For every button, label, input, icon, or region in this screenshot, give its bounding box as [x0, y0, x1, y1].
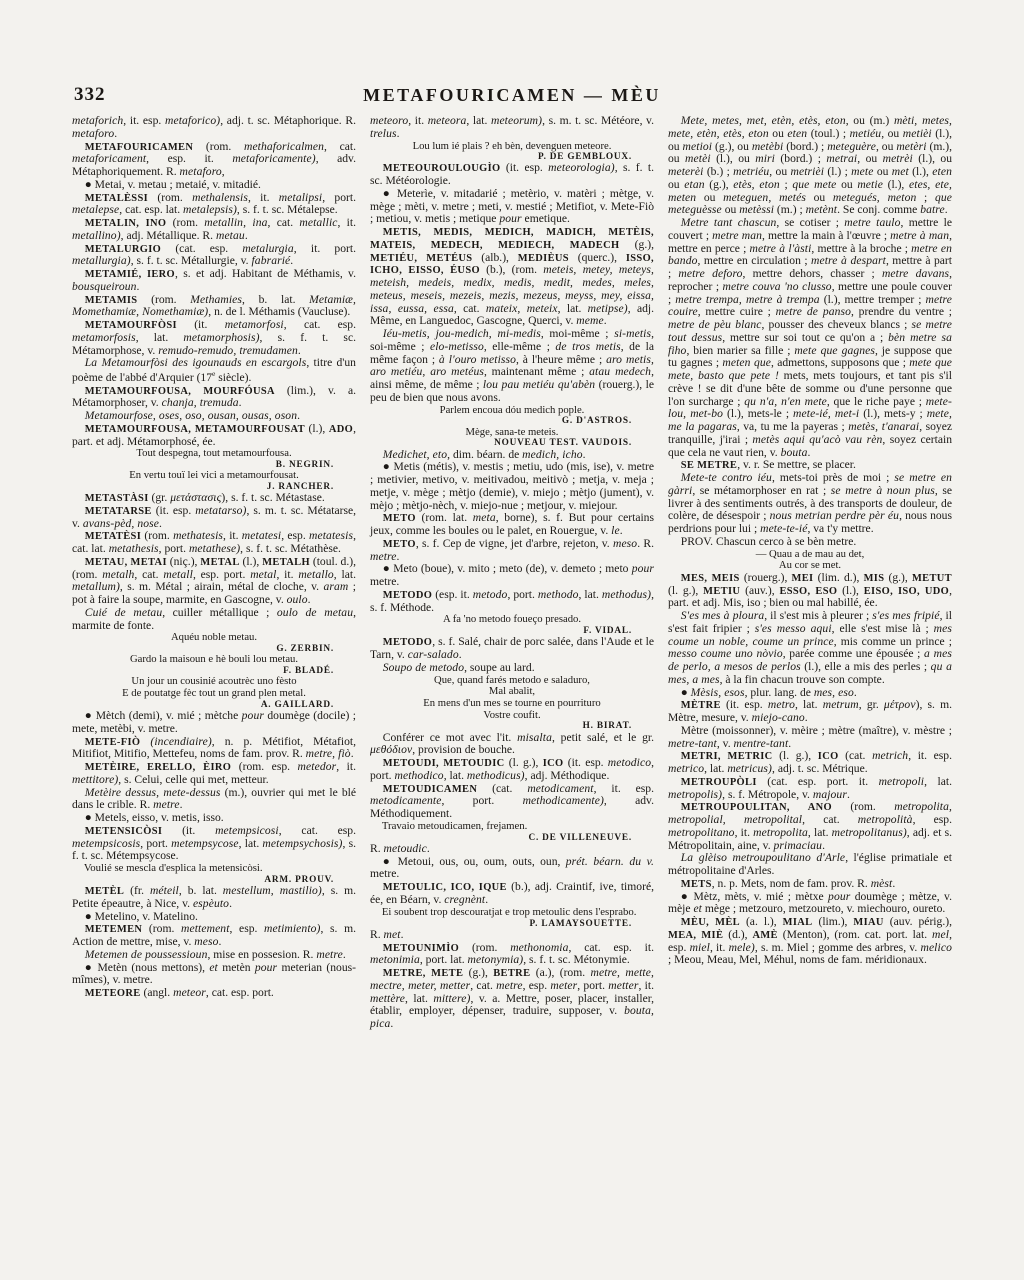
- dictionary-entry: Metèire dessus, mete-dessus (m.), ouvrie…: [72, 787, 356, 813]
- dictionary-entry: ● Meterìe, v. mitadarié ; metèrio, v. ma…: [370, 188, 654, 226]
- dictionary-entry: METALIN, INO (rom. metallin, ina, cat. m…: [72, 217, 356, 243]
- dictionary-entry: METODO, s. f. Salé, chair de porc salée,…: [370, 636, 654, 662]
- dictionary-entry: METENSICÒSI (it. metempsicosi, cat. esp.…: [72, 825, 356, 863]
- verse-quote-line: Tout despegna, tout metamourfousa.: [72, 448, 356, 460]
- quote-paragraph: Travaio metoudicamen, frejamen.: [370, 821, 654, 833]
- text-column-2: meteoro, it. meteora, lat. meteorum), s.…: [370, 115, 654, 1031]
- dictionary-entry: Soupo de metodo, soupe au lard.: [370, 662, 654, 675]
- verse-quote-line: Parlem encoua dóu medich pople.: [370, 405, 654, 417]
- verse-quote-line: E de poutatge fèc tout un grand plen met…: [72, 688, 356, 700]
- dictionary-entry: METO (rom. lat. meta, borne), s. f. But …: [370, 512, 654, 538]
- dictionary-entry: ● Metis (métis), v. mestis ; metiu, udo …: [370, 461, 654, 512]
- dictionary-entry: METAMOURFOUSA, METAMOURFOUSAT (l.), ADO,…: [72, 423, 356, 449]
- dictionary-entry: METAMIÉ, IERO, s. et adj. Habitant de Mé…: [72, 268, 356, 294]
- scanned-dictionary-page: { "page": { "number": "332", "title": "M…: [0, 0, 1024, 1280]
- text-columns: metaforich, it. esp. metaforico), adj. t…: [72, 115, 952, 1031]
- entry-continuation: metaforich, it. esp. metaforico), adj. t…: [72, 115, 356, 141]
- verse-quote-line: Aquéu noble metau.: [72, 632, 356, 644]
- dictionary-entry: ● Metels, eisso, v. metis, isso.: [72, 812, 356, 825]
- dictionary-entry: METAFOURICAMEN (rom. methaforicalmen, ca…: [72, 141, 356, 179]
- page-sheet: 332 METAFOURICAMEN — MÈU metaforich, it.…: [72, 0, 952, 1031]
- verse-quote-line: En mens d'un mes se tourne en pourrituro: [370, 698, 654, 710]
- dictionary-entry: ● Meto (boue), v. mito ; meto (de), v. d…: [370, 563, 654, 589]
- dictionary-entry: METOUDICAMEN (cat. metodicament, it. esp…: [370, 783, 654, 821]
- dictionary-entry: METEOUROULOUGÌO (it. esp. meteorologia),…: [370, 162, 654, 188]
- dictionary-entry: METEMEN (rom. mettement, esp. metimiento…: [72, 923, 356, 949]
- dictionary-entry: MÈTRE (it. esp. metro, lat. metrum, gr. …: [668, 699, 952, 725]
- dictionary-entry: ● Mètz, mèts, v. mié ; mètxe pour doumèg…: [668, 891, 952, 917]
- dictionary-entry: METOULIC, ICO, IQUE (b.), adj. Craintif,…: [370, 881, 654, 907]
- entry-continuation: meteoro, it. meteora, lat. meteorum), s.…: [370, 115, 654, 141]
- dictionary-entry: METAMOURFÒSI (it. metamorfosi, cat. esp.…: [72, 319, 356, 357]
- dictionary-entry: MES, MEIS (rouerg.), MEI (lim. d.), MIS …: [668, 572, 952, 610]
- verse-quote-line: En vertu touï lei vici a metamourfousat.: [72, 470, 356, 482]
- dictionary-entry: ● Metoui, ous, ou, oum, outs, oun, prét.…: [370, 856, 654, 882]
- dictionary-entry: PROV. Chascun cerco à se bèn metre.: [668, 536, 952, 549]
- dictionary-entry: S'es mes à ploura, il s'est mis à pleure…: [668, 610, 952, 687]
- dictionary-entry: ● Metèn (nous mettons), et metèn pour me…: [72, 962, 356, 988]
- dictionary-entry: METÈIRE, ERELLO, ÈIRO (rom. esp. metedor…: [72, 761, 356, 787]
- quote-paragraph: Voulié se mescla d'esplica la metensicòs…: [72, 863, 356, 875]
- dictionary-entry: METODO (esp. it. metodo, port. methodo, …: [370, 589, 654, 615]
- dictionary-entry: METO, s. f. Cep de vigne, jet d'arbre, r…: [370, 538, 654, 564]
- dictionary-entry: METE-FIÒ (incendiaire), n. p. Métifiot, …: [72, 736, 356, 762]
- dictionary-entry: METOUDI, METOUDIC (l. g.), ICO (it. esp.…: [370, 757, 654, 783]
- dictionary-entry: METEORE (angl. meteor, cat. esp. port.: [72, 987, 356, 1000]
- dictionary-entry: METROUPÒLI (cat. esp. port. it. metropol…: [668, 776, 952, 802]
- dictionary-entry: Iéu-metis, jou-medich, mi-medis, moi-mêm…: [370, 328, 654, 405]
- dictionary-entry: Metamourfose, oses, oso, ousan, ousas, o…: [72, 410, 356, 423]
- dictionary-entry: MÈU, MÈL (a. l.), MIAL (lim.), MIAU (auv…: [668, 916, 952, 967]
- verse-quote-line: Vostre coufit.: [370, 710, 654, 722]
- dictionary-entry: METIS, MEDIS, MEDICH, MADICH, METÈIS, MA…: [370, 226, 654, 328]
- dictionary-entry: METS, n. p. Mets, nom de fam. prov. R. m…: [668, 878, 952, 891]
- dictionary-entry: METAU, METAI (niç.), METAL (l.), METALH …: [72, 556, 356, 607]
- dictionary-entry: METROUPOULITAN, ANO (rom. metropolita, m…: [668, 801, 952, 852]
- text-column-1: metaforich, it. esp. metaforico), adj. t…: [72, 115, 356, 1031]
- dictionary-entry: Mètre (moissonner), v. mèire ; mètre (ma…: [668, 725, 952, 751]
- dictionary-entry: Conférer ce mot avec l'it. misalta, peti…: [370, 732, 654, 758]
- dictionary-entry: Metre tant chascun, se cotiser ; metre t…: [668, 217, 952, 459]
- dictionary-entry: METAMIS (rom. Methamies, b. lat. Metamiæ…: [72, 294, 356, 320]
- dictionary-entry: METATARSE (it. esp. metatarso), s. m. t.…: [72, 505, 356, 531]
- page-title: METAFOURICAMEN — MÈU: [72, 85, 952, 106]
- dictionary-entry: METATÈSI (rom. methatesis, it. metatesi,…: [72, 530, 356, 556]
- dictionary-entry: Mete-te contro iéu, mets-toi près de moi…: [668, 472, 952, 536]
- dictionary-entry: Cuié de metau, cuiller métallique ; oulo…: [72, 607, 356, 633]
- text-column-3: Mete, metes, met, etèn, etès, eton, ou (…: [668, 115, 952, 1031]
- dictionary-entry: METRI, METRIC (l. g.), ICO (cat. metrich…: [668, 750, 952, 776]
- verse-quote-line: A fa 'no metodo foueço presado.: [370, 614, 654, 626]
- dictionary-entry: Mete, metes, met, etèn, etès, eton, ou (…: [668, 115, 952, 217]
- dictionary-entry: ● Mètch (demi), v. mié ; mètche pour dou…: [72, 710, 356, 736]
- quote-paragraph: Ei soubent trop descouratjat e trop meto…: [370, 907, 654, 919]
- quote-attribution: P. LAMAYSOUETTE.: [370, 919, 654, 929]
- dictionary-entry: METALÈSSI (rom. methalensis, it. metalip…: [72, 192, 356, 218]
- dictionary-entry: METRE, METE (g.), BETRE (a.), (rom. metr…: [370, 967, 654, 1031]
- running-head: 332 METAFOURICAMEN — MÈU: [72, 84, 952, 106]
- dictionary-entry: La Metamourfòsi des igounauds en escargo…: [72, 357, 356, 384]
- dictionary-entry: METÈL (fr. méteil, b. lat. mestellum, ma…: [72, 885, 356, 911]
- verse-quote-line: Mège, sana-te meteis.: [370, 427, 654, 439]
- dictionary-entry: METAMOURFOUSA, MOURFÓUSA (lim.), v. a. M…: [72, 385, 356, 411]
- dictionary-entry: METALURGIO (cat. esp. metalurgia, it. po…: [72, 243, 356, 269]
- verse-quote-line: Gardo la maisoun e hè bouli lou metau.: [72, 654, 356, 666]
- verse-quote-line: Lou lum ié plais ? eh bèn, devenguen met…: [370, 141, 654, 153]
- dictionary-entry: La glèiso metroupoulitano d'Arle, l'égli…: [668, 852, 952, 878]
- dictionary-entry: METOUNIMÌO (rom. methonomia, cat. esp. i…: [370, 942, 654, 968]
